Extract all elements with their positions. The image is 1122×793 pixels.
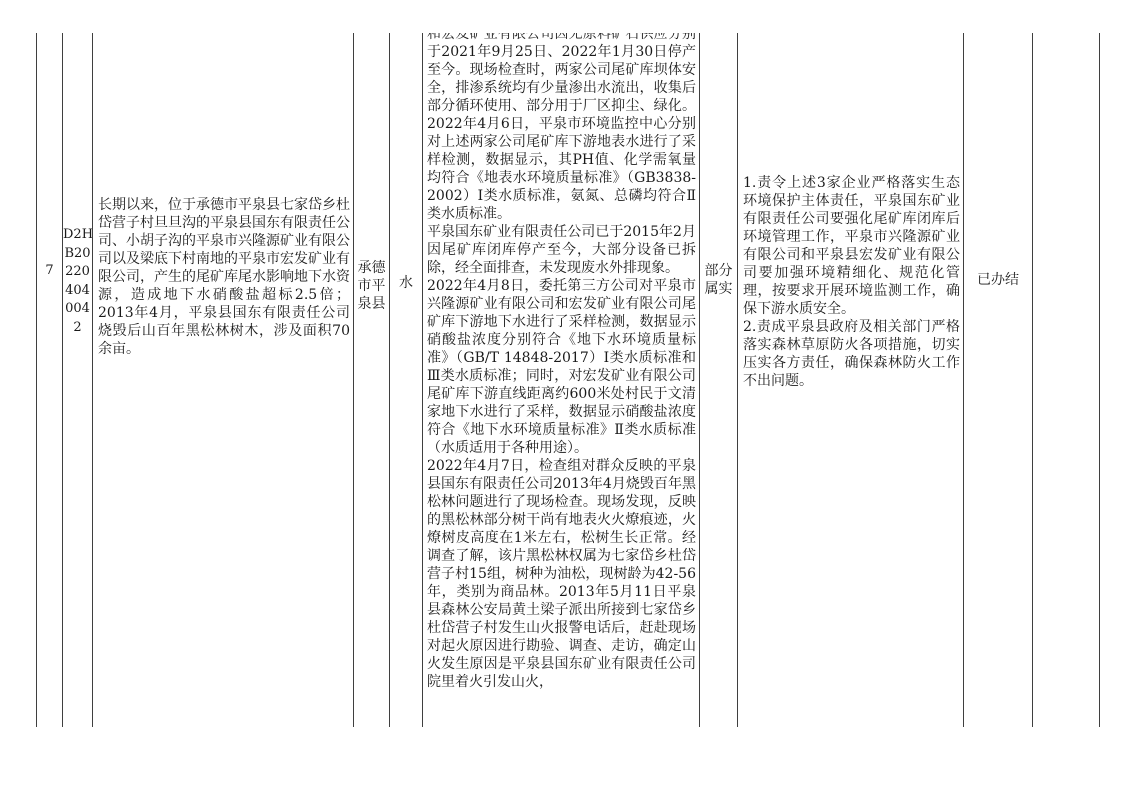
measure-item-1: 1.责令上述3家企业严格落实生态环境保护主体责任，平泉国东矿业有限责任公司要强化… — [743, 174, 960, 318]
verdict-text: 部分属实 — [703, 262, 734, 298]
category-text: 水 — [390, 274, 422, 292]
investigation-text: 和宏发矿业有限公司因无原料矿石供应分别于2021年9月25日、2022年1月30… — [427, 33, 696, 691]
investigation-para-2: 平泉国东矿业有限责任公司已于2015年2月因尾矿库闭库停产至今，大部分设备已拆除… — [427, 223, 696, 277]
cell-complaint: 长期以来，位于承德市平泉县七家岱乡杜岱营子村旦旦沟的平泉县国东有限责任公司、小胡… — [92, 33, 353, 727]
row-seq-number: 7 — [37, 262, 62, 280]
complaint-text: 长期以来，位于承德市平泉县七家岱乡杜岱营子村旦旦沟的平泉县国东有限责任公司、小胡… — [98, 196, 350, 358]
document-page: 7 D2H B20 220 404 004 2 长期以来，位于承德市平泉县七家岱… — [0, 0, 1122, 793]
cell-verdict: 部分属实 — [699, 33, 737, 727]
case-code: D2H B20 220 404 004 2 — [63, 226, 92, 337]
investigation-clip: 和宏发矿业有限公司因无原料矿石供应分别于2021年9月25日、2022年1月30… — [427, 33, 696, 727]
cell-category: 水 — [389, 33, 422, 727]
investigation-para-3: 2022年4月8日，委托第三方公司对平泉市兴隆源矿业有限公司和宏发矿业有限公司尾… — [427, 277, 696, 457]
region-text: 承德市平泉县 — [357, 259, 386, 313]
cell-investigation: 和宏发矿业有限公司因无原料矿石供应分别于2021年9月25日、2022年1月30… — [422, 33, 699, 727]
investigation-para-1: 和宏发矿业有限公司因无原料矿石供应分别于2021年9月25日、2022年1月30… — [427, 33, 696, 223]
cell-extra — [1032, 33, 1100, 727]
cell-code: D2H B20 220 404 004 2 — [62, 33, 92, 727]
investigation-para-4: 2022年4月7日，检查组对群众反映的平泉县国东有限责任公司2013年4月烧毁百… — [427, 457, 696, 691]
measures-text: 1.责令上述3家企业严格落实生态环境保护主体责任，平泉国东矿业有限责任公司要强化… — [743, 174, 960, 390]
cell-region: 承德市平泉县 — [353, 33, 389, 727]
cell-measures: 1.责令上述3家企业严格落实生态环境保护主体责任，平泉国东矿业有限责任公司要强化… — [737, 33, 963, 727]
measure-item-2: 2.责成平泉县政府及相关部门严格落实森林草原防火各项措施，切实压实各方责任，确保… — [743, 318, 960, 390]
cell-seq: 7 — [36, 33, 62, 727]
cell-status: 已办结 — [963, 33, 1032, 727]
status-text: 已办结 — [964, 271, 1032, 289]
